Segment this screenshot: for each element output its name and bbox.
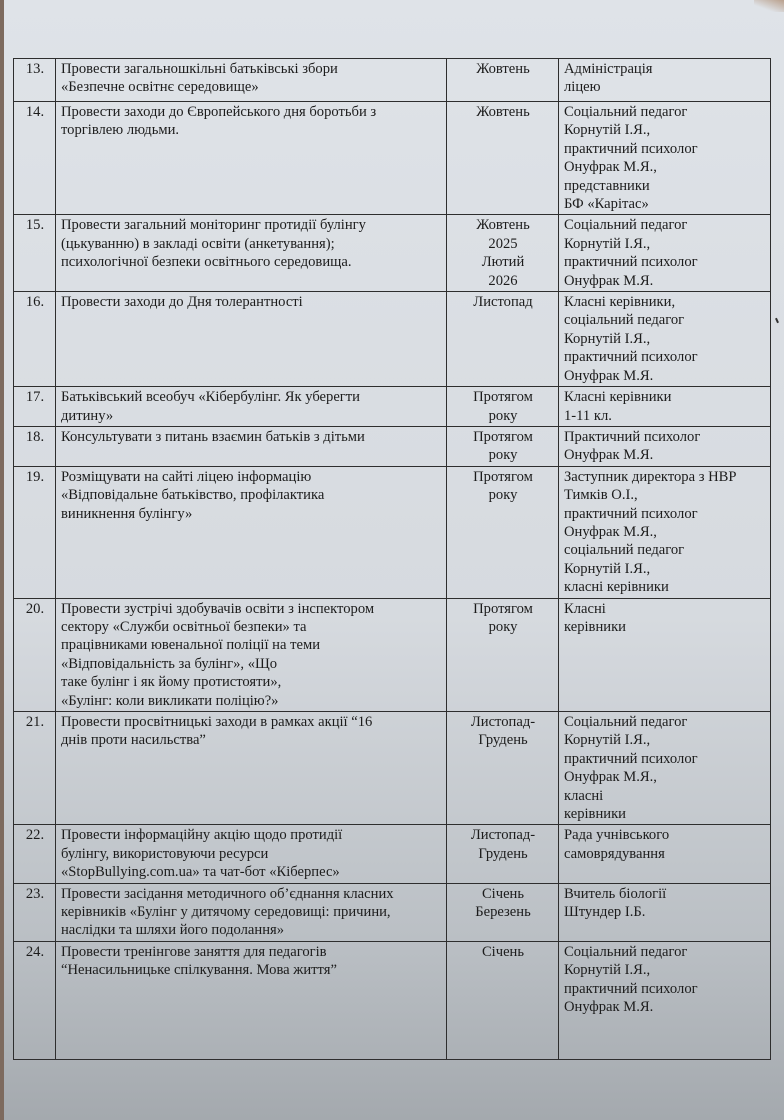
document-sheet: 13.Провести загальношкільні батьківські … [13,58,770,1060]
term-cell-line: Протягом [452,468,554,486]
responsible-cell-line: Тимків О.І., [564,486,766,504]
term-cell: Протягомроку [447,426,559,466]
task-cell-line: керівників «Булінг у дитячому середовищі… [61,903,442,921]
term-cell-line: Січень [452,943,554,961]
responsible-cell-line: Корнутій І.Я., [564,235,766,253]
task-cell-line: таке булінг і як йому протистояти», [61,673,442,691]
term-cell-line: року [452,446,554,464]
responsible-cell-line: Онуфрак М.Я. [564,367,766,385]
table-row: 19.Розміщувати на сайті ліцею інформацію… [14,466,771,598]
row-number: 19. [14,466,56,598]
term-cell: СіченьБерезень [447,883,559,941]
responsible-cell: Адміністраціяліцею [559,59,771,102]
task-cell-line: працівниками ювенальної поліції на теми [61,636,442,654]
responsible-cell-line: Соціальний педагог [564,103,766,121]
row-number: 17. [14,387,56,427]
term-cell: Жовтень2025Лютий2026 [447,215,559,292]
responsible-cell: Соціальний педагогКорнутій І.Я.,практичн… [559,102,771,215]
task-cell-line: «StopBullying.com.ua» та чат-бот «Кіберп… [61,863,442,881]
action-plan-table: 13.Провести загальношкільні батьківські … [13,58,771,1060]
responsible-cell-line: Адміністрація [564,60,766,78]
responsible-cell-line: Класні керівники [564,388,766,406]
term-cell: Листопад [447,292,559,387]
responsible-cell: Вчитель біологіїШтундер І.Б. [559,883,771,941]
task-cell-line: Провести просвітницькі заходи в рамках а… [61,713,442,731]
task-cell: Провести загальний моніторинг протидії б… [56,215,447,292]
row-number: 13. [14,59,56,102]
responsible-cell: Класнікерівники [559,598,771,711]
table-body: 13.Провести загальношкільні батьківські … [14,59,771,1060]
table-row: 14.Провести заходи до Європейського дня … [14,102,771,215]
responsible-cell-line: Вчитель біології [564,885,766,903]
task-cell-line: «Відповідальне батьківство, профілактика [61,486,442,504]
responsible-cell-line: практичний психолог [564,253,766,271]
task-cell-line: “Ненасильницьке спілкування. Мова життя” [61,961,442,979]
task-cell: Провести тренінгове заняття для педагогі… [56,941,447,1059]
responsible-cell-line: Корнутій І.Я., [564,560,766,578]
task-cell-line: сектору «Служби освітньої безпеки» та [61,618,442,636]
responsible-cell: Соціальний педагогКорнутій І.Я.,практичн… [559,941,771,1059]
term-cell-line: Грудень [452,845,554,863]
task-cell-line: Провести заходи до Дня толерантності [61,293,442,311]
responsible-cell-line: Корнутій І.Я., [564,961,766,979]
responsible-cell-line: керівники [564,805,766,823]
pen-mark [775,318,779,323]
responsible-cell-line: Рада учнівського [564,826,766,844]
responsible-cell-line: Онуфрак М.Я., [564,158,766,176]
task-cell-line: «Булінг: коли викликати поліцію?» [61,692,442,710]
term-cell-line: Жовтень [452,216,554,234]
task-cell-line: Провести засідання методичного об’єднанн… [61,885,442,903]
table-row: 21.Провести просвітницькі заходи в рамка… [14,712,771,825]
responsible-cell-line: класні [564,787,766,805]
task-cell-line: Провести тренінгове заняття для педагогі… [61,943,442,961]
responsible-cell-line: Практичний психолог [564,428,766,446]
table-row: 16.Провести заходи до Дня толерантностіЛ… [14,292,771,387]
responsible-cell-line: практичний психолог [564,140,766,158]
task-cell: Розміщувати на сайті ліцею інформацію«Ві… [56,466,447,598]
table-row: 15.Провести загальний моніторинг протиді… [14,215,771,292]
task-cell: Провести зустрічі здобувачів освіти з ін… [56,598,447,711]
responsible-cell: Класні керівники,соціальний педагогКорну… [559,292,771,387]
responsible-cell-line: Онуфрак М.Я., [564,768,766,786]
term-cell-line: року [452,407,554,425]
term-cell-line: Січень [452,885,554,903]
task-cell: Батьківський всеобуч «Кібербулінг. Як уб… [56,387,447,427]
task-cell: Провести інформаційну акцію щодо протиді… [56,825,447,883]
table-row: 13.Провести загальношкільні батьківські … [14,59,771,102]
row-number: 21. [14,712,56,825]
responsible-cell-line: Онуфрак М.Я. [564,998,766,1016]
task-cell: Провести загальношкільні батьківські збо… [56,59,447,102]
task-cell-line: Консультувати з питань взаємин батьків з… [61,428,442,446]
responsible-cell-line: практичний психолог [564,980,766,998]
task-cell-line: днів проти насильства” [61,731,442,749]
task-cell-line: Провести загальний моніторинг протидії б… [61,216,442,234]
term-cell: Січень [447,941,559,1059]
table-row: 18.Консультувати з питань взаємин батькі… [14,426,771,466]
task-cell-line: Батьківський всеобуч «Кібербулінг. Як уб… [61,388,442,406]
task-cell-line: Провести інформаційну акцію щодо протиді… [61,826,442,844]
term-cell: Жовтень [447,102,559,215]
term-cell-line: Листопад- [452,713,554,731]
responsible-cell-line: Онуфрак М.Я. [564,446,766,464]
term-cell-line: 2026 [452,272,554,290]
row-number: 16. [14,292,56,387]
page-corner-shadow [754,0,784,12]
responsible-cell-line: Соціальний педагог [564,713,766,731]
responsible-cell-line: Класні [564,600,766,618]
term-cell-line: Грудень [452,731,554,749]
table-row: 24.Провести тренінгове заняття для педаг… [14,941,771,1059]
term-cell-line: року [452,486,554,504]
table-row: 23.Провести засідання методичного об’єдн… [14,883,771,941]
term-cell-line: Листопад [452,293,554,311]
term-cell-line: Листопад- [452,826,554,844]
term-cell-line: Протягом [452,388,554,406]
table-row: 22.Провести інформаційну акцію щодо прот… [14,825,771,883]
responsible-cell-line: Штундер І.Б. [564,903,766,921]
term-cell-line: року [452,618,554,636]
row-number: 15. [14,215,56,292]
row-number: 14. [14,102,56,215]
table-row: 20.Провести зустрічі здобувачів освіти з… [14,598,771,711]
task-cell: Провести заходи до Дня толерантності [56,292,447,387]
term-cell: Жовтень [447,59,559,102]
row-number: 20. [14,598,56,711]
responsible-cell-line: представники [564,177,766,195]
responsible-cell-line: практичний психолог [564,348,766,366]
responsible-cell-line: Корнутій І.Я., [564,330,766,348]
responsible-cell-line: 1-11 кл. [564,407,766,425]
task-cell-line: Провести заходи до Європейського дня бор… [61,103,442,121]
task-cell-line: виникнення булінгу» [61,505,442,523]
responsible-cell-line: Онуфрак М.Я., [564,523,766,541]
responsible-cell: Рада учнівськогосамоврядування [559,825,771,883]
responsible-cell-line: практичний психолог [564,505,766,523]
responsible-cell-line: ліцею [564,78,766,96]
responsible-cell-line: Класні керівники, [564,293,766,311]
term-cell-line: Жовтень [452,60,554,78]
task-cell: Провести заходи до Європейського дня бор… [56,102,447,215]
term-cell: Листопад-Грудень [447,825,559,883]
responsible-cell-line: Корнутій І.Я., [564,731,766,749]
row-number: 18. [14,426,56,466]
responsible-cell-line: Корнутій І.Я., [564,121,766,139]
task-cell-line: психологічної безпеки освітнього середов… [61,253,442,271]
row-number: 24. [14,941,56,1059]
task-cell-line: торгівлею людьми. [61,121,442,139]
task-cell-line: (цькуванню) в закладі освіти (анкетуванн… [61,235,442,253]
responsible-cell-line: керівники [564,618,766,636]
responsible-cell-line: соціальний педагог [564,541,766,559]
task-cell: Провести засідання методичного об’єднанн… [56,883,447,941]
task-cell-line: Провести загальношкільні батьківські збо… [61,60,442,78]
task-cell: Консультувати з питань взаємин батьків з… [56,426,447,466]
responsible-cell: Соціальний педагогКорнутій І.Я.,практичн… [559,712,771,825]
responsible-cell-line: Соціальний педагог [564,943,766,961]
table-row: 17.Батьківський всеобуч «Кібербулінг. Як… [14,387,771,427]
task-cell-line: Провести зустрічі здобувачів освіти з ін… [61,600,442,618]
responsible-cell: Соціальний педагогКорнутій І.Я.,практичн… [559,215,771,292]
term-cell-line: Лютий [452,253,554,271]
row-number: 22. [14,825,56,883]
task-cell-line: «Безпечне освітнє середовище» [61,78,442,96]
task-cell-line: булінгу, використовуючи ресурси [61,845,442,863]
term-cell: Протягомроку [447,466,559,598]
term-cell: Протягомроку [447,387,559,427]
term-cell: Листопад-Грудень [447,712,559,825]
responsible-cell-line: практичний психолог [564,750,766,768]
responsible-cell-line: соціальний педагог [564,311,766,329]
term-cell-line: Протягом [452,600,554,618]
responsible-cell-line: Онуфрак М.Я. [564,272,766,290]
task-cell-line: дитину» [61,407,442,425]
responsible-cell: Практичний психологОнуфрак М.Я. [559,426,771,466]
term-cell-line: Протягом [452,428,554,446]
responsible-cell-line: Соціальний педагог [564,216,766,234]
row-number: 23. [14,883,56,941]
task-cell-line: Розміщувати на сайті ліцею інформацію [61,468,442,486]
responsible-cell-line: БФ «Карітас» [564,195,766,213]
responsible-cell-line: Заступник директора з НВР [564,468,766,486]
task-cell-line: «Відповідальність за булінг», «Що [61,655,442,673]
responsible-cell-line: класні керівники [564,578,766,596]
page-edge [0,0,4,1120]
responsible-cell-line: самоврядування [564,845,766,863]
task-cell: Провести просвітницькі заходи в рамках а… [56,712,447,825]
term-cell-line: Жовтень [452,103,554,121]
responsible-cell: Класні керівники1-11 кл. [559,387,771,427]
term-cell-line: Березень [452,903,554,921]
term-cell: Протягомроку [447,598,559,711]
responsible-cell: Заступник директора з НВРТимків О.І.,пра… [559,466,771,598]
task-cell-line: наслідки та шляхи його подолання» [61,921,442,939]
term-cell-line: 2025 [452,235,554,253]
